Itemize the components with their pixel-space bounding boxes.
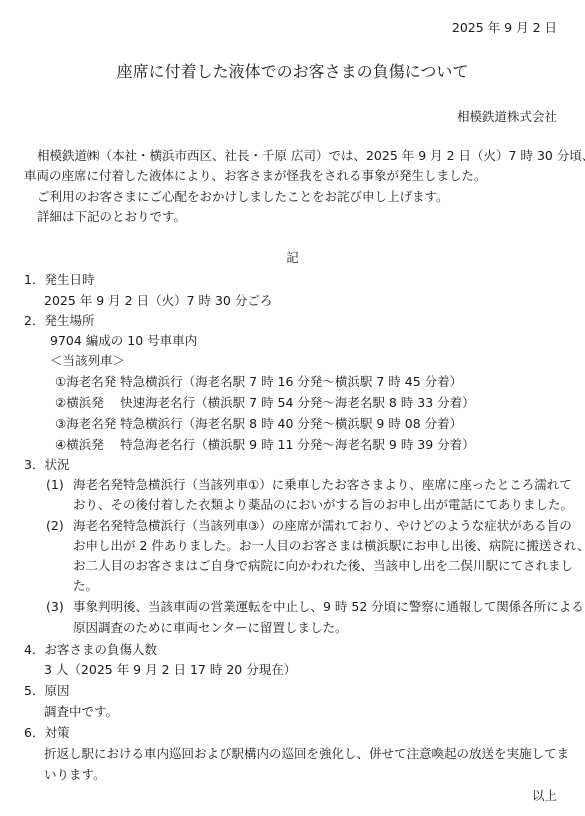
details-line: 詳細は下記のとおりです。	[37, 211, 186, 224]
intro-line-2: 車両の座席に付着した液体により、お客さまが怪我をされる事象が発生しました。	[24, 170, 487, 183]
company-name: 相模鉄道株式会社	[457, 111, 557, 124]
status-item-1-line-2: おり、その後付着した衣類より薬品のにおいがする旨のお申し出が電話にてありました。	[73, 499, 573, 512]
section-3-heading: 3．状況	[24, 459, 69, 472]
status-item-1-line-1: 海老名発特急横浜行（当該列車①）に乗車したお客さまより、座席に座ったところ濡れて	[73, 479, 572, 492]
section-6-heading: 6．対策	[24, 727, 69, 740]
section-4-body: 3 人（2025 年 9 月 2 日 17 時 20 分現在）	[44, 664, 296, 677]
status-item-1-number: (1)	[46, 479, 64, 492]
status-item-2-number: (2)	[46, 520, 64, 533]
section-2-body: 9704 編成の 10 号車車内	[50, 335, 197, 348]
intro-line-1: 相模鉄道㈱（本社・横浜市西区、社長・千原 広司）では、2025 年 9 月 2 …	[37, 150, 585, 163]
section-6-line-1: 折返し駅における車内巡回および駅構内の巡回を強化し、併せて注意喚起の放送を実施し…	[44, 748, 569, 761]
status-item-3-line-2: 原因調査のために車両センターに留置しました。	[73, 622, 348, 635]
section-4-heading: 4．お客さまの負傷人数	[24, 644, 157, 657]
status-item-2-line-2: お申し出が 2 件ありました。お一人目のお客さまは横浜駅にお申し出後、病院に搬送…	[73, 540, 585, 553]
document-title: 座席に付着した液体でのお客さまの負傷について	[0, 64, 585, 80]
section-6-line-2: いります。	[44, 769, 106, 782]
section-5-body: 調査中です。	[44, 706, 118, 719]
status-item-2-line-1: 海老名発特急横浜行（当該列車③）の座席が濡れており、やけどのような症状がある旨の	[73, 520, 572, 533]
train-item-4: ④横浜発 特急海老名行（横浜駅 9 時 11 分発～海老名駅 9 時 39 分着…	[55, 439, 475, 452]
closing-mark: 以上	[532, 790, 557, 803]
section-5-heading: 5．原因	[24, 685, 69, 698]
status-item-3-line-1: 事象判明後、当該車両の営業運転を中止し、9 時 52 分頃に警察に通報して関係各…	[73, 601, 584, 614]
status-item-3-number: (3)	[46, 601, 64, 614]
ki-heading: 記	[0, 252, 585, 265]
apology-line: ご利用のお客さまにご心配をおかけしましたことをお詫び申し上げます。	[37, 191, 449, 204]
status-item-2-line-3: お二人目のお客さまはご自身で病院に向かわれた後、当該申し出を二俣川駅にてされまし	[73, 560, 573, 573]
section-1-heading: 1．発生日時	[24, 274, 94, 287]
section-2-heading: 2．発生場所	[24, 315, 94, 328]
status-item-2-line-4: た。	[73, 580, 98, 593]
section-1-body: 2025 年 9 月 2 日（火）7 時 30 分ごろ	[44, 295, 272, 308]
train-item-3: ③海老名発 特急横浜行（海老名駅 8 時 40 分発～横浜駅 9 時 08 分着…	[55, 418, 462, 431]
trains-label: ＜当該列車＞	[50, 355, 125, 368]
release-date: 2025 年 9 月 2 日	[452, 22, 557, 35]
train-item-1: ①海老名発 特急横浜行（海老名駅 7 時 16 分発～横浜駅 7 時 45 分着…	[55, 376, 462, 389]
train-item-2: ②横浜発 快速海老名行（横浜駅 7 時 54 分発～海老名駅 8 時 33 分着…	[55, 397, 475, 410]
